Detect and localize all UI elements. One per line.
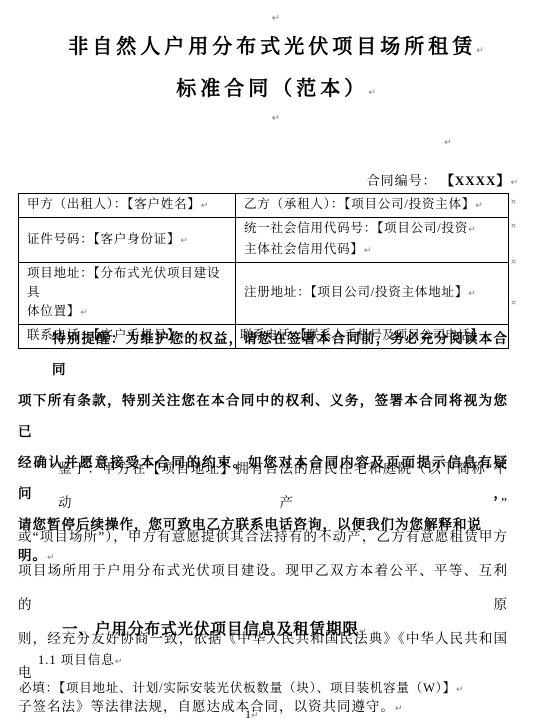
pilcrow-mark: ↵ [476,46,484,56]
whereas-line: 或“项目场所”），甲方有意愿提供其合法持有的不动产，乙方有意愿租赁甲方 [18,520,508,554]
cell-line: 项目地址：【分布式光伏项目建设具 [27,264,233,302]
pilcrow-mark: ↵ [80,308,88,318]
pilcrow-mark: ↵ [395,704,403,714]
notice-line: 特别提醒：为维护您的权益，请您在签署本合同前，务必充分阅读本合同 [18,323,508,385]
row-end-mark: ¤ [511,257,516,266]
cell-line: 体位置】↵ [27,302,233,323]
pilcrow-mark: ↵ [180,236,188,246]
section-heading: 一、户用分布式光伏项目信息及租赁期限↵ [62,619,367,643]
paragraph-mark-line: ↵ [0,108,552,126]
page-number: 1↵ [245,706,259,720]
id-number-cell: 证件号码：【客户身份证】↵ [19,218,236,263]
pilcrow-mark: ↵ [510,178,518,188]
row-end-mark: ¤ [511,197,516,206]
pilcrow-mark: ↵ [475,201,483,211]
whereas-line: 鉴于：甲方在【项目地址】拥有合法的居民住宅和庭院（以下简称“不动产” [18,452,508,520]
pilcrow-mark: ↵ [201,201,209,211]
row-end-mark: ¤ [511,221,516,230]
pilcrow-mark: ↵ [251,711,259,720]
pilcrow-mark: ↵ [115,657,123,667]
contract-number-label: 合同编号： [367,173,437,188]
pilcrow-mark: ↵ [444,138,452,148]
sub-heading: 1.1 项目信息↵ [38,651,122,671]
required-fields-line: 必填：【项目地址、计划/实际安装光伏板数量（块）、项目装机容量（W）】↵ [19,679,464,700]
pilcrow-mark: ↵ [359,627,367,637]
contract-document-page: ↵ 非自然人户用分布式光伏项目场所租赁↵ 标准合同（范本）↵ ↵ ↵ 合同编号：… [0,0,552,720]
credit-code-cell: 统一社会信用代码号：【项目公司/投资↵ 主体社会信用代码】↵ [236,218,509,263]
row-end-mark: ¤ [511,298,516,307]
party-b-cell: 乙方（承租人）：【项目公司/投资主体】↵ [236,194,509,218]
pilcrow-mark: ↵ [456,685,464,695]
title-line-2: 标准合同（范本）↵ [0,70,552,112]
paragraph-mark-line: ↵ [0,8,552,26]
pilcrow-mark: ↵ [368,88,376,98]
cell-line: 主体社会信用代码】↵ [244,240,506,261]
project-address-cell: 项目地址：【分布式光伏项目建设具 体位置】↵ [19,263,236,325]
contract-number-value: 【XXXX】 [441,173,511,188]
table-row: 甲方（出租人）：【客户姓名】↵ 乙方（承租人）：【项目公司/投资主体】↵ [19,194,509,218]
party-a-cell: 甲方（出租人）：【客户姓名】↵ [19,194,236,218]
table-row: 证件号码：【客户身份证】↵ 统一社会信用代码号：【项目公司/投资↵ 主体社会信用… [19,218,509,263]
pilcrow-mark: ↵ [468,225,476,235]
cell-line: 统一社会信用代码号：【项目公司/投资↵ [244,219,506,240]
registered-address-cell: 注册地址：【项目公司/投资主体地址】↵ [236,263,509,325]
pilcrow-mark: ↵ [272,113,280,124]
whereas-line: 项目场所用于户用分布式光伏项目建设。现甲乙双方本着公平、平等、互利的原 [18,554,508,622]
document-title: 非自然人户用分布式光伏项目场所租赁↵ 标准合同（范本）↵ [0,28,552,112]
table-row: 项目地址：【分布式光伏项目建设具 体位置】↵ 注册地址：【项目公司/投资主体地址… [19,263,509,325]
pilcrow-mark: ↵ [272,13,280,24]
contract-number-line: 合同编号： 【XXXX】↵ [367,170,518,189]
title-line-1: 非自然人户用分布式光伏项目场所租赁↵ [0,28,552,70]
notice-line: 项下所有条款，特别关注您在本合同中的权利、义务，签署本合同将视为您已 [18,385,508,447]
pilcrow-mark: ↵ [468,289,476,299]
pilcrow-mark: ↵ [364,246,372,256]
